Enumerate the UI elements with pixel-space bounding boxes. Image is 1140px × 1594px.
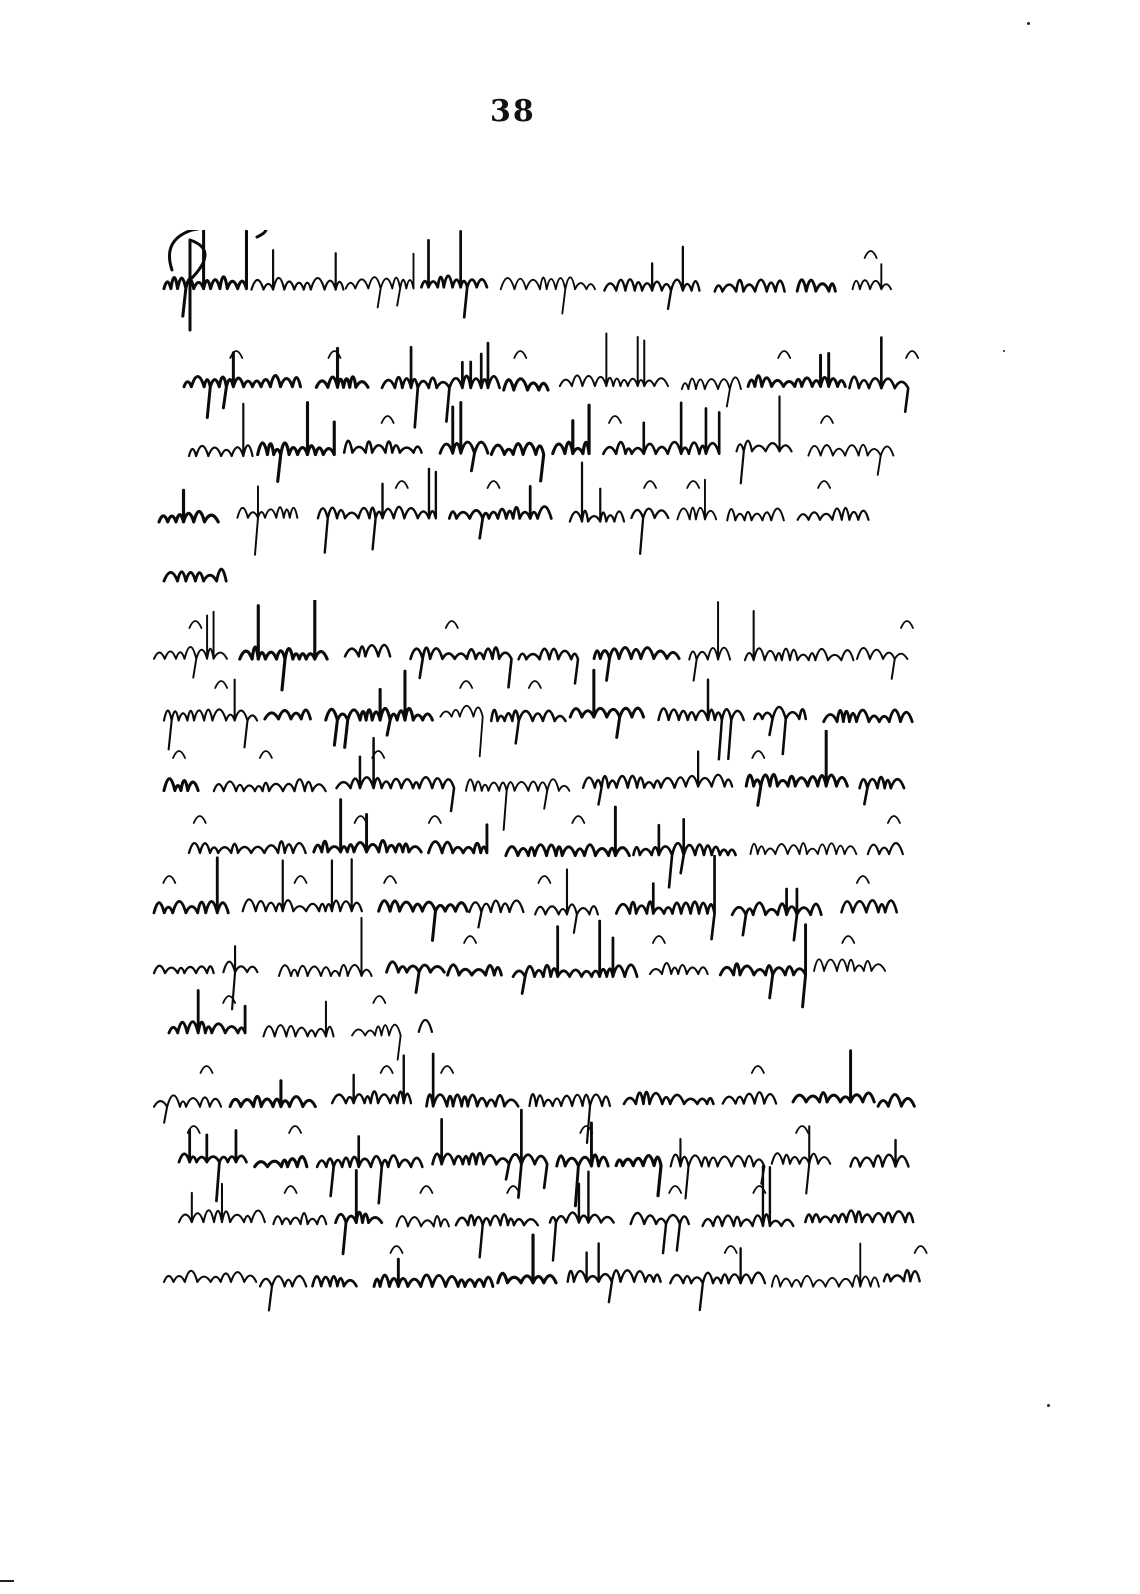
- scan-speck: [1027, 22, 1030, 25]
- page-number: 38: [490, 94, 536, 129]
- handwritten-line: [155, 460, 905, 570]
- page-description: Facsimile of a handwritten Old Russian c…: [0, 0, 1, 1]
- handwritten-line: [160, 1225, 935, 1335]
- scan-speck: [0, 1580, 14, 1582]
- scan-speck: [1047, 1404, 1050, 1407]
- handwritten-line: [160, 230, 925, 340]
- scan-speck: [1003, 350, 1005, 352]
